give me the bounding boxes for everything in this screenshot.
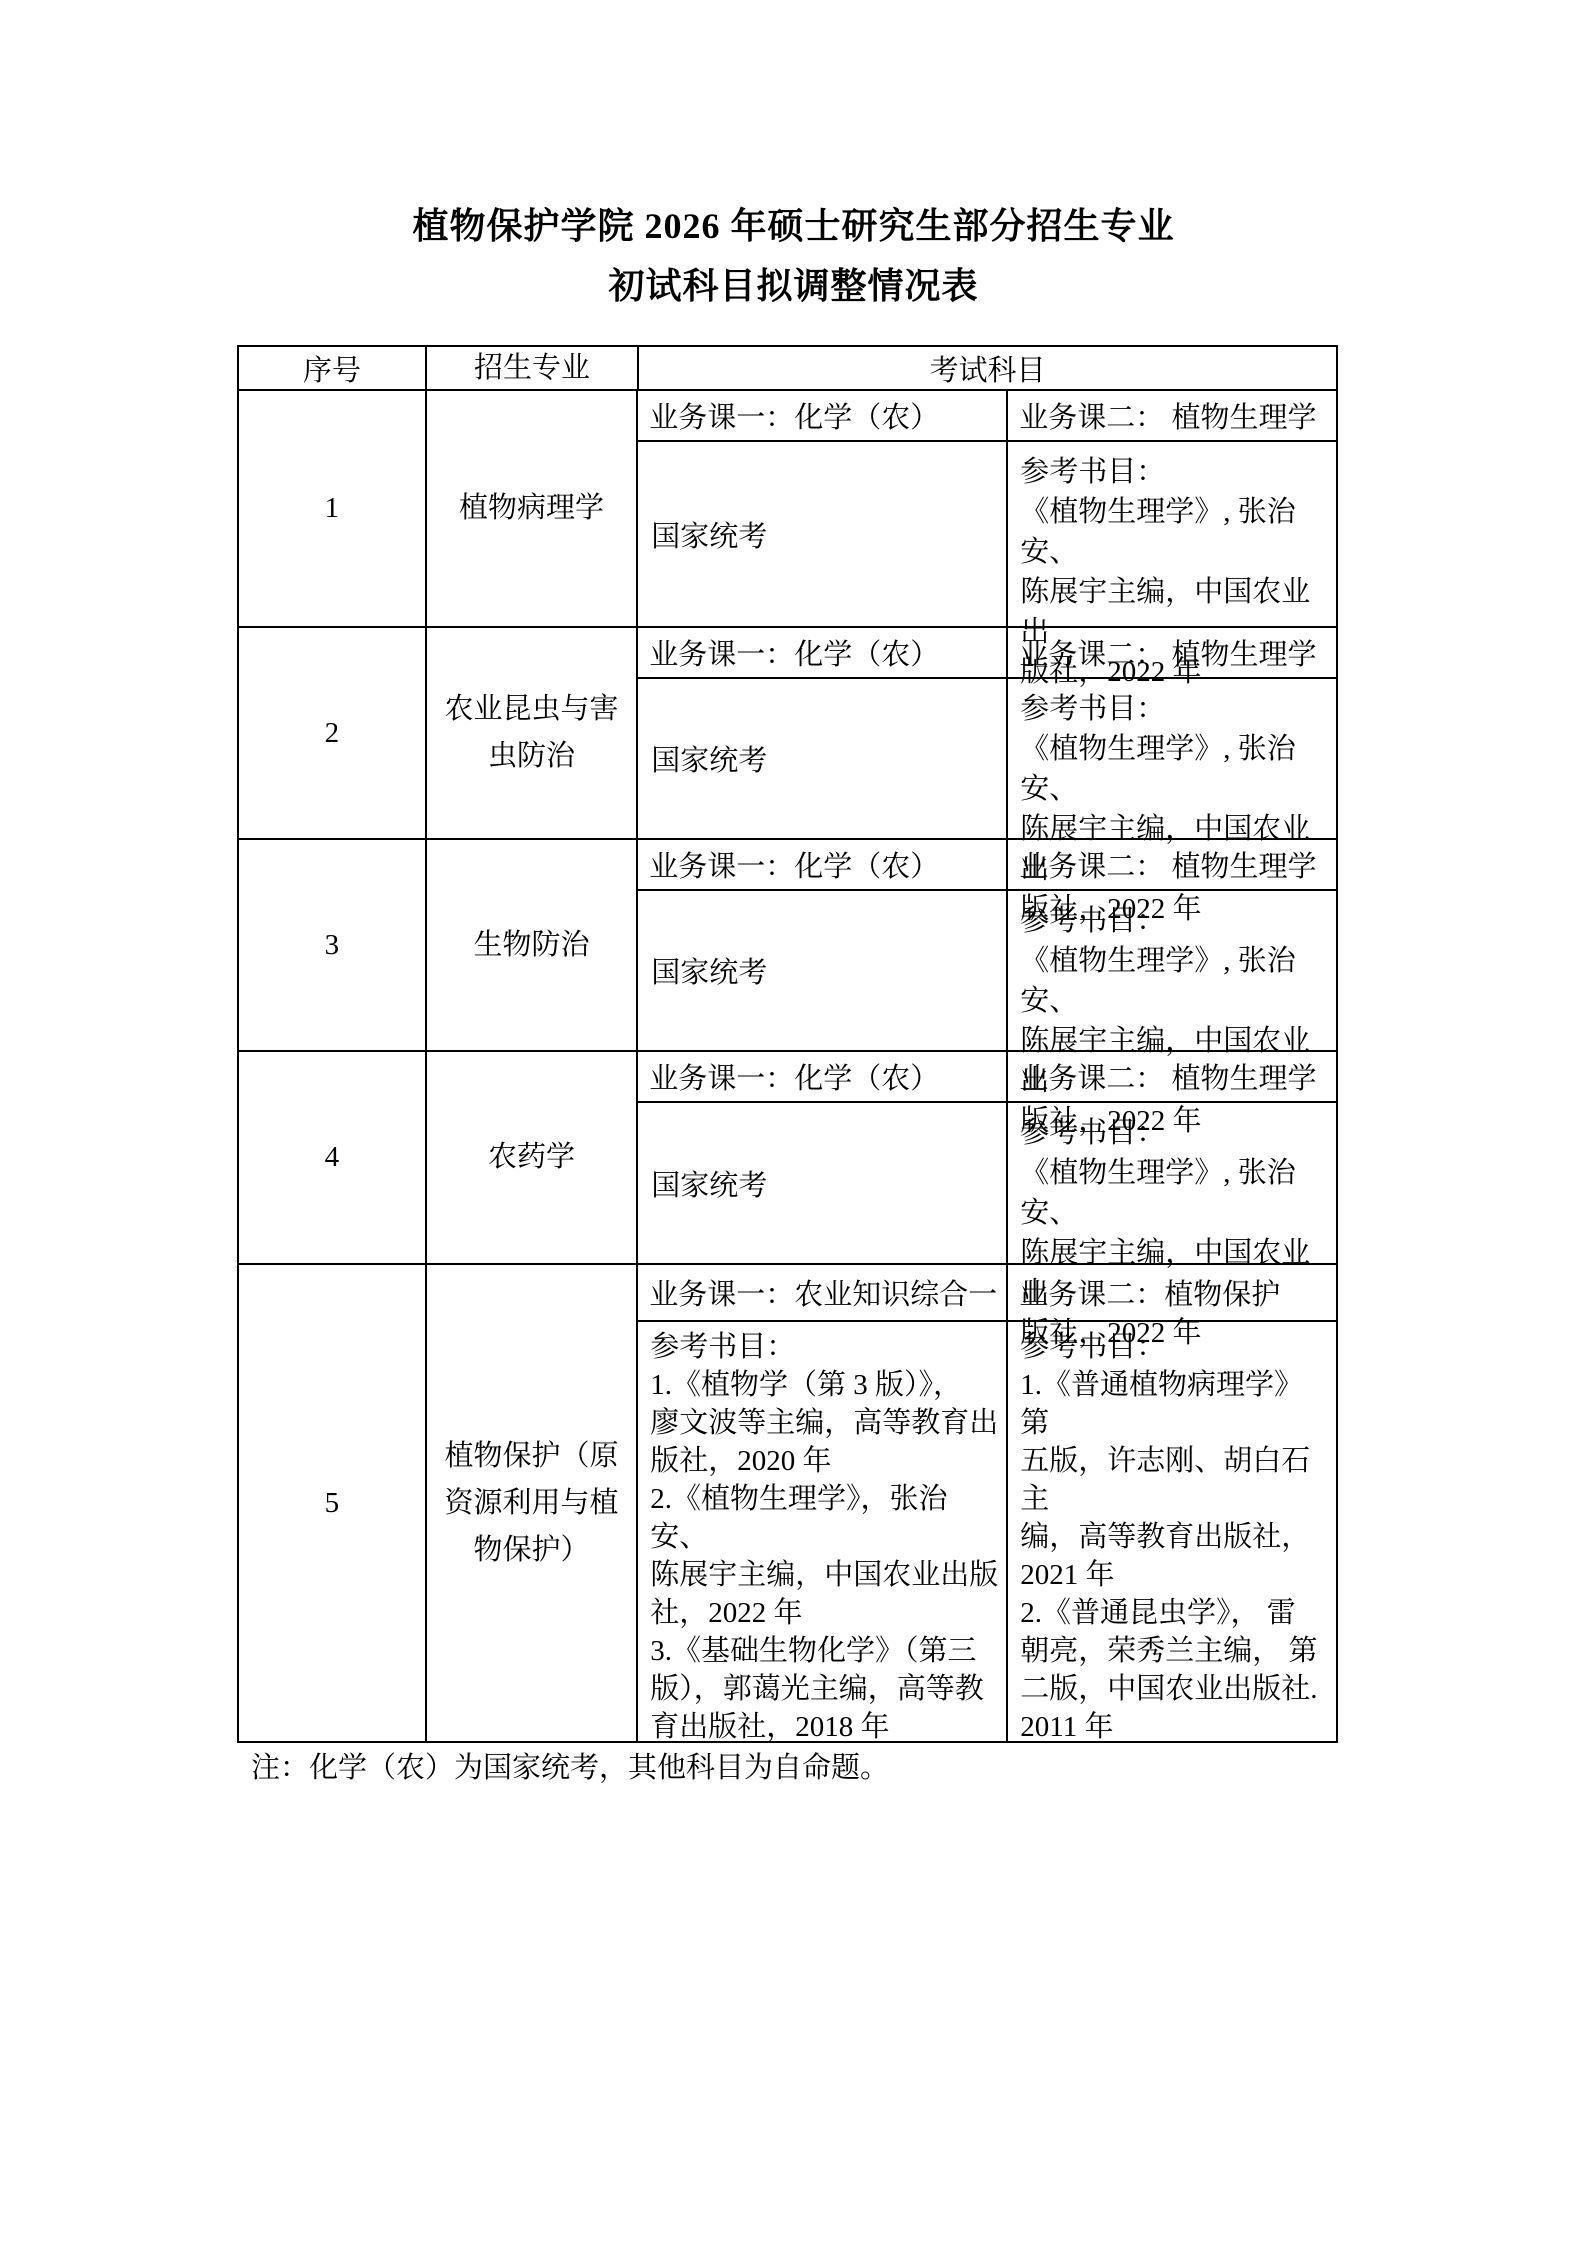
document-title-line2: 初试科目拟调整情况表	[0, 264, 1587, 308]
course2-label: 业务课二： 植物生理学	[1019, 395, 1316, 436]
exam-subjects-cell: 业务课一：化学（农） 业务课二： 植物生理学 国家统考 参考书目： 《植物生理学…	[636, 840, 1336, 1050]
course2-label: 业务课二： 植物生理学	[1019, 632, 1316, 673]
course1-cell: 业务课一：化学（农）	[638, 840, 1006, 889]
major-cell: 植物病理学	[425, 391, 637, 626]
exam-courses-subrow: 业务课一：化学（农） 业务课二： 植物生理学	[638, 391, 1336, 442]
major-name: 农药学	[488, 1134, 575, 1181]
course2-label: 业务课二： 植物生理学	[1019, 1056, 1316, 1097]
exam-details-subrow: 国家统考 参考书目： 《植物生理学》, 张治安、 陈展宇主编，中国农业出 版社，…	[638, 679, 1336, 838]
major-name: 植物病理学	[459, 485, 604, 532]
major-name: 植物保护（原 资源利用与植 物保护）	[444, 1433, 618, 1574]
exam-left-detail-cell: 国家统考	[638, 679, 1006, 838]
row-number: 4	[325, 1141, 340, 1174]
course1-cell: 业务课一：化学（农）	[638, 391, 1006, 440]
header-cell-number: 序号	[239, 347, 425, 389]
header-cell-major: 招生专业	[425, 347, 637, 389]
major-cell: 农药学	[425, 1052, 637, 1263]
row-number-cell: 5	[239, 1265, 425, 1741]
row-number-cell: 4	[239, 1052, 425, 1263]
course2-cell: 业务课二： 植物生理学	[1006, 391, 1336, 440]
row-number-cell: 1	[239, 391, 425, 626]
exam-details-subrow: 国家统考 参考书目： 《植物生理学》, 张治安、 陈展宇主编，中国农业出 版社，…	[638, 442, 1336, 626]
exam-details-subrow: 国家统考 参考书目： 《植物生理学》, 张治安、 陈展宇主编，中国农业出 版社，…	[638, 1103, 1336, 1263]
exam-courses-subrow: 业务课一：化学（农） 业务课二： 植物生理学	[638, 840, 1336, 891]
exam-courses-subrow: 业务课一：化学（农） 业务课二： 植物生理学	[638, 1052, 1336, 1103]
course2-label: 业务课二：植物保护	[1019, 1272, 1280, 1313]
table-header-row: 序号 招生专业 考试科目	[239, 347, 1336, 389]
exam-left-detail-cell: 国家统考	[638, 891, 1006, 1050]
table-row: 4 农药学 业务课一：化学（农） 业务课二： 植物生理学 国家统考 参考书目： …	[239, 1050, 1336, 1263]
exam-subjects-cell: 业务课一：化学（农） 业务课二： 植物生理学 国家统考 参考书目： 《植物生理学…	[636, 391, 1336, 626]
table-row: 5 植物保护（原 资源利用与植 物保护） 业务课一：农业知识综合一 业务课二：植…	[239, 1263, 1336, 1741]
course2-label: 业务课二： 植物生理学	[1019, 844, 1316, 885]
major-cell: 生物防治	[425, 840, 637, 1050]
header-cell-subjects: 考试科目	[637, 347, 1336, 389]
course1-label: 业务课一：化学（农）	[649, 844, 939, 885]
exam-right-detail-cell: 参考书目： 1.《普通植物病理学》第 五版，许志刚、胡白石主 编，高等教育出版社…	[1006, 1322, 1336, 1741]
exam-right-detail-cell: 参考书目： 《植物生理学》, 张治安、 陈展宇主编，中国农业出 版社，2022 …	[1006, 442, 1336, 626]
exam-courses-subrow: 业务课一：农业知识综合一 业务课二：植物保护	[638, 1265, 1336, 1322]
document-title-line1: 植物保护学院 2026 年硕士研究生部分招生专业	[0, 204, 1587, 248]
table-row: 3 生物防治 业务课一：化学（农） 业务课二： 植物生理学 国家统考 参考书目：…	[239, 838, 1336, 1050]
course2-cell: 业务课二：植物保护	[1006, 1265, 1336, 1320]
row-number: 3	[325, 929, 340, 962]
exam-courses-subrow: 业务课一：化学（农） 业务课二： 植物生理学	[638, 628, 1336, 679]
exam-details-subrow: 国家统考 参考书目： 《植物生理学》, 张治安、 陈展宇主编，中国农业出 版社，…	[638, 891, 1336, 1050]
course1-label: 业务课一：农业知识综合一	[649, 1272, 997, 1313]
exam-right-detail-cell: 参考书目： 《植物生理学》, 张治安、 陈展宇主编，中国农业出 版社，2022 …	[1006, 1103, 1336, 1263]
course1-label: 业务课一：化学（农）	[649, 632, 939, 673]
row-number: 5	[325, 1487, 340, 1520]
exam-left-detail-cell: 国家统考	[638, 442, 1006, 626]
exam-subjects-cell: 业务课一：农业知识综合一 业务课二：植物保护 参考书目： 1.《植物学（第 3 …	[636, 1265, 1336, 1741]
table-row: 2 农业昆虫与害 虫防治 业务课一：化学（农） 业务课二： 植物生理学 国家统考…	[239, 626, 1336, 838]
course2-cell: 业务课二： 植物生理学	[1006, 840, 1336, 889]
exam-left-detail-cell: 参考书目： 1.《植物学（第 3 版）》， 廖文波等主编，高等教育出 版社，20…	[638, 1322, 1006, 1741]
exam-details-subrow: 参考书目： 1.《植物学（第 3 版）》， 廖文波等主编，高等教育出 版社，20…	[638, 1322, 1336, 1741]
major-cell: 农业昆虫与害 虫防治	[425, 628, 637, 838]
course1-label: 业务课一：化学（农）	[649, 1056, 939, 1097]
row-number-cell: 2	[239, 628, 425, 838]
table-row: 1 植物病理学 业务课一：化学（农） 业务课二： 植物生理学 国家统考 参考书目…	[239, 389, 1336, 626]
course1-cell: 业务课一：农业知识综合一	[638, 1265, 1006, 1320]
exam-subjects-cell: 业务课一：化学（农） 业务课二： 植物生理学 国家统考 参考书目： 《植物生理学…	[636, 628, 1336, 838]
major-name: 农业昆虫与害 虫防治	[444, 686, 618, 780]
admission-subjects-table: 序号 招生专业 考试科目 1 植物病理学 业务课一：化学（农） 业务课二： 植物…	[237, 345, 1338, 1743]
course1-cell: 业务课一：化学（农）	[638, 1052, 1006, 1101]
document-page: 植物保护学院 2026 年硕士研究生部分招生专业 初试科目拟调整情况表 序号 招…	[0, 0, 1587, 2244]
table-footnote: 注：化学（农）为国家统考，其他科目为自命题。	[251, 1748, 889, 1788]
course2-cell: 业务课二： 植物生理学	[1006, 1052, 1336, 1101]
exam-subjects-cell: 业务课一：化学（农） 业务课二： 植物生理学 国家统考 参考书目： 《植物生理学…	[636, 1052, 1336, 1263]
major-cell: 植物保护（原 资源利用与植 物保护）	[425, 1265, 637, 1741]
row-number: 1	[325, 492, 340, 525]
exam-left-detail-cell: 国家统考	[638, 1103, 1006, 1263]
exam-right-detail-cell: 参考书目： 《植物生理学》, 张治安、 陈展宇主编，中国农业出 版社，2022 …	[1006, 679, 1336, 838]
course2-cell: 业务课二： 植物生理学	[1006, 628, 1336, 677]
course1-cell: 业务课一：化学（农）	[638, 628, 1006, 677]
course1-label: 业务课一：化学（农）	[649, 395, 939, 436]
exam-right-detail-cell: 参考书目： 《植物生理学》, 张治安、 陈展宇主编，中国农业出 版社，2022 …	[1006, 891, 1336, 1050]
row-number-cell: 3	[239, 840, 425, 1050]
major-name: 生物防治	[473, 922, 589, 969]
row-number: 2	[325, 717, 340, 750]
